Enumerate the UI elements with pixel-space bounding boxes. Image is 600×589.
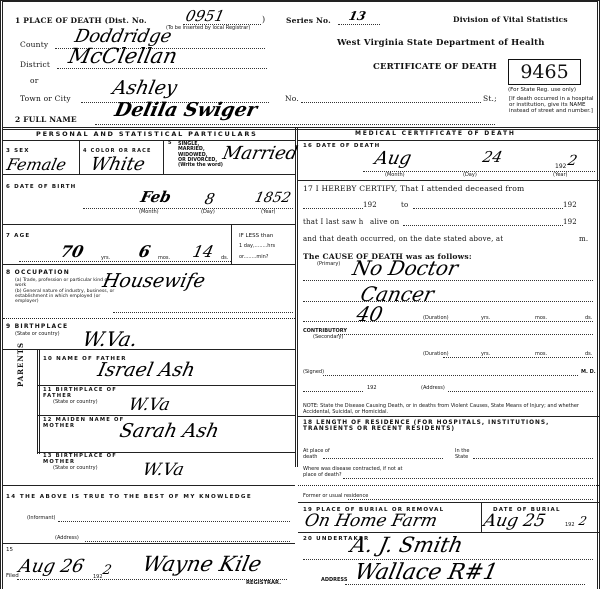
father-birthplace-sub: (State or country) (53, 400, 98, 406)
district-label: District (20, 60, 50, 69)
filed-date: Aug 26 (17, 556, 86, 577)
marital-options: SINGLE, MARRIED, WIDOWED, OR DIVORCED, (… (178, 142, 223, 168)
signed-label: (Signed) (303, 370, 324, 376)
department-label: West Virginia State Department of Health (337, 38, 545, 48)
md-label: M. D. (581, 370, 596, 376)
less-than-day: 1 day,........hrs (239, 244, 275, 250)
certify-alive-on: alive on (370, 218, 399, 226)
series-number: 13 (348, 9, 368, 23)
dod-day-caption: (Day) (463, 173, 477, 179)
mother-birthplace-sub: (State or country) (53, 466, 98, 472)
dob-label: 6 DATE OF BIRTH (6, 184, 77, 190)
dod-label: 16 DATE OF DEATH (303, 143, 380, 149)
parents-label: PARENTS (16, 342, 25, 387)
undertaker-address-label: ADDRESS (321, 578, 347, 584)
secondary-label: (Secondary) (313, 335, 343, 341)
signed-year: 192 (367, 386, 377, 392)
less-than-label: IF LESS than (239, 234, 273, 240)
personal-section-title: PERSONAL AND STATISTICAL PARTICULARS (36, 130, 258, 138)
father-name-value: Israel Ash (96, 359, 197, 381)
full-name-label: 2 FULL NAME (15, 115, 77, 124)
age-days: 14 (191, 242, 215, 261)
dob-day-caption: (Day) (201, 210, 215, 216)
sex-value: Female (5, 155, 68, 174)
certify-am-pm: m. (579, 235, 588, 243)
birthplace-label: 9 BIRTHPLACE (6, 324, 68, 330)
dod-month: Aug (373, 148, 414, 169)
mother-name-value: Sarah Ash (118, 420, 221, 442)
knowledge-statement: 14 THE ABOVE IS TRUE TO THE BEST OF MY K… (6, 494, 252, 500)
residence-label: 18 LENGTH OF RESIDENCE (FOR HOSPITALS, I… (303, 420, 595, 432)
burial-year-prefix: 192 (565, 523, 575, 529)
certify-from-year: 192 (363, 201, 377, 209)
undertaker-value: A. J. Smith (348, 533, 465, 557)
burial-year: 2 (578, 514, 589, 528)
dod-year: 2 (566, 153, 578, 169)
certificate-number: 9465 (520, 61, 568, 83)
district-number: 0951 (184, 7, 226, 25)
burial-date-value: Aug 25 (482, 511, 547, 531)
marital-number: 5 (168, 140, 173, 146)
mother-name-label: 12 MAIDEN NAME OF MOTHER (43, 418, 133, 429)
district-value: McClellan (66, 44, 179, 68)
father-birthplace-label: 11 BIRTHPLACE OF FATHER (43, 388, 133, 399)
contracted-label: Where was disease contracted, if not at … (303, 467, 413, 478)
certificate-number-box: 9465 (508, 59, 581, 85)
marital-value: Married (221, 143, 300, 164)
cause-primary-value: No Doctor (350, 256, 460, 280)
mother-birthplace-label: 13 BIRTHPLACE OF MOTHER (43, 454, 133, 465)
birthplace-value: W.Va. (80, 327, 139, 351)
certify-last-saw: that I last saw h (303, 218, 363, 226)
county-label: County (20, 40, 48, 49)
note-text: NOTE: State the Disease Causing Death, o… (303, 403, 593, 415)
father-birthplace-value: W.Va (127, 395, 172, 415)
age-years: 70 (59, 242, 85, 261)
district-number-note: (To be inserted by local Registrar) (166, 26, 250, 32)
dod-month-caption: (Month) (385, 173, 405, 179)
informant-address-label: (Address) (55, 536, 79, 542)
dob-day: 8 (203, 190, 216, 208)
duration-value: 40 (354, 302, 385, 326)
primary-label: (Primary) (317, 262, 340, 268)
registrar-label: REGISTRAR. (246, 581, 281, 587)
death-certificate: 1 PLACE OF DEATH (Dist. No. 0951 ) (To b… (0, 0, 600, 589)
race-value: White (89, 154, 147, 175)
certify-death-occurred: and that death occurred, on the date sta… (303, 235, 503, 243)
informant-label: (Informant) (27, 516, 55, 522)
town-value: Ashley (111, 77, 179, 99)
place-of-death-label: 1 PLACE OF DEATH (Dist. No. (15, 16, 147, 25)
undertaker-address-value: Wallace R#1 (352, 560, 500, 585)
dod-year-caption: (Year) (553, 173, 568, 179)
occupation-label: 8 OCCUPATION (6, 270, 70, 276)
dob-year-caption: (Year) (261, 210, 276, 216)
registrar-signature: Wayne Kile (140, 552, 263, 576)
medical-section-title: MEDICAL CERTIFICATE OF DEATH (355, 130, 516, 137)
dod-year-prefix: 192 (555, 164, 566, 170)
filed-year: 2 (101, 563, 112, 578)
certificate-title: CERTIFICATE OF DEATH (373, 62, 497, 72)
certify-last-year: 192 (563, 218, 577, 226)
dod-day: 24 (481, 148, 504, 166)
less-than-min: or........min? (239, 255, 268, 261)
dob-month-caption: (Month) (139, 210, 159, 216)
sex-label: 3 SEX (6, 148, 30, 154)
mother-birthplace-value: W.Va (141, 460, 186, 480)
or-label: or (30, 76, 39, 85)
age-months: 6 (137, 242, 152, 261)
hospital-note: [If death occurred in a hospital or inst… (509, 96, 597, 114)
filed-number: 15 (6, 548, 13, 554)
physician-address-label: (Address) (421, 386, 445, 392)
number-label: No. (285, 94, 299, 103)
series-label: Series No. (286, 16, 331, 25)
town-label: Town or City (20, 94, 71, 103)
division-label: Division of Vital Statistics (453, 15, 568, 24)
occupation-value: Housewife (101, 270, 208, 292)
burial-place-value: On Home Farm (303, 511, 439, 531)
street-label: St.; (483, 94, 497, 103)
certify-to-label: to (401, 201, 408, 209)
dob-month: Feb (139, 188, 173, 206)
full-name-value: Delila Swiger (113, 99, 260, 121)
dob-year: 1852 (253, 190, 292, 206)
age-label: 7 AGE (6, 233, 30, 239)
certify-to-year: 192 (563, 201, 577, 209)
certify-line-1: 17 I HEREBY CERTIFY, That I attended dec… (303, 184, 524, 193)
state-reg-note: (For State Reg. use only) (508, 87, 576, 93)
birthplace-sub: (State or country) (15, 332, 60, 338)
